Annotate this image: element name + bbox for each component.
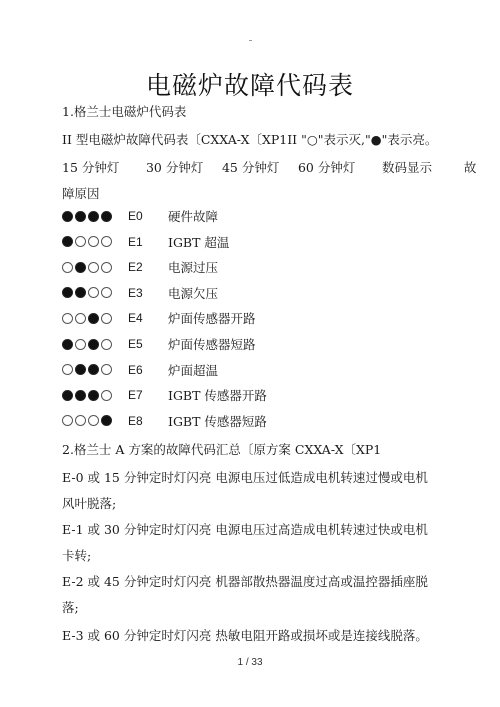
fault-code: E4 [128,311,168,325]
filled-circle-icon [75,262,86,273]
table-row: E4炉面传感器开路 [62,310,256,326]
filled-circle-icon [75,211,86,222]
filled-circle-icon [62,287,73,298]
filled-circle-icon [88,339,99,350]
table-row: E1IGBT 超温 [62,234,229,250]
hollow-circle-icon [101,364,112,375]
col-30min: 30 分钟灯 [146,160,218,176]
fault-code: E1 [128,235,168,249]
fault-description: 硬件故障 [168,207,218,225]
filled-circle-icon [75,364,86,375]
col-display: 数码显示 [382,160,460,176]
lamp-indicators [62,262,128,273]
hollow-circle-icon [62,415,73,426]
section2-line: E-0 或 15 分钟定时灯闪亮 电源电压过低造成电机转速过慢或电机 [62,470,428,486]
lamp-indicators [62,287,128,298]
hollow-circle-icon [101,390,112,401]
fault-description: 电源过压 [168,258,218,276]
col-cause: 故 [464,160,477,176]
table-row: E0硬件故障 [62,208,218,224]
lamp-indicators [62,415,128,426]
filled-circle-icon [75,390,86,401]
filled-circle-icon [88,211,99,222]
table-row: E3电源欠压 [62,285,218,301]
lamp-indicators [62,339,128,350]
filled-circle-icon [88,364,99,375]
hollow-circle-icon [101,339,112,350]
fault-description: IGBT 传感器开路 [168,386,267,404]
filled-circle-icon [88,390,99,401]
hollow-circle-icon [75,313,86,324]
section1-heading: 1.格兰士电磁炉代码表 [62,104,186,120]
filled-circle-icon [62,339,73,350]
filled-circle-icon [62,236,73,247]
hollow-circle-icon [88,262,99,273]
table-row: E8IGBT 传感器短路 [62,413,267,429]
lamp-indicators [62,313,128,324]
hollow-circle-icon [101,287,112,298]
lamp-indicators [62,390,128,401]
fault-description: 炉面传感器短路 [168,335,256,353]
lamp-indicators [62,211,128,222]
hollow-circle-icon [75,236,86,247]
hollow-circle-icon [101,236,112,247]
page-title: 电磁炉故障代码表 [0,66,500,102]
fault-code: E3 [128,286,168,300]
section1-subtitle: II 型电磁炉故障代码表〔CXXA-X〔XP1II "○"表示灭,"●"表示亮。 [62,132,437,148]
section2-line: 风叶脱落; [62,496,116,512]
fault-description: 电源欠压 [168,284,218,302]
fault-description: 炉面超温 [168,361,218,379]
hollow-circle-icon [88,236,99,247]
fault-code: E6 [128,363,168,377]
col-60min: 60 分钟灯 [298,160,378,176]
fault-code: E2 [128,260,168,274]
fault-code: E0 [128,209,168,223]
fault-description: 炉面传感器开路 [168,309,256,327]
fault-description: IGBT 传感器短路 [168,412,267,430]
page-number: 1 / 33 [0,657,500,668]
section2-line: E-1 或 30 分钟定时灯闪亮 电源电压过高造成电机转速过快或电机 [62,522,428,538]
hollow-circle-icon [75,415,86,426]
section2-heading: 2.格兰士 A 方案的故障代码汇总〔原方案 CXXA-X〔XP1 [62,442,381,458]
hollow-circle-icon [62,262,73,273]
filled-circle-icon [101,211,112,222]
section2-line: 卡转; [62,548,91,564]
filled-circle-icon [75,287,86,298]
filled-circle-icon [62,390,73,401]
hollow-circle-icon [88,415,99,426]
hollow-circle-icon [62,364,73,375]
column-header-wrap: 障原因 [62,186,100,202]
col-45min: 45 分钟灯 [222,160,294,176]
section2-line: E-3 或 60 分钟定时灯闪亮 热敏电阻开路或损坏或是连接线脱落。 [62,628,428,644]
section2-line: E-2 或 45 分钟定时灯闪亮 机器部散热器温度过高或温控器插座脱 [62,574,428,590]
lamp-indicators [62,236,128,247]
lamp-indicators [62,364,128,375]
page-mark [249,40,252,41]
col-15min: 15 分钟灯 [62,160,142,176]
table-row: E2电源过压 [62,259,218,275]
hollow-circle-icon [101,262,112,273]
column-headers: 15 分钟灯 30 分钟灯 45 分钟灯 60 分钟灯 数码显示 故 [62,160,476,176]
fault-code: E5 [128,337,168,351]
fault-code: E7 [128,388,168,402]
filled-circle-icon [101,415,112,426]
hollow-circle-icon [75,339,86,350]
hollow-circle-icon [88,287,99,298]
table-row: E6炉面超温 [62,362,218,378]
fault-code: E8 [128,414,168,428]
hollow-circle-icon [101,313,112,324]
fault-description: IGBT 超温 [168,233,229,251]
filled-circle-icon [88,313,99,324]
hollow-circle-icon [62,313,73,324]
filled-circle-icon [62,211,73,222]
section2-line: 落; [62,600,79,616]
table-row: E7IGBT 传感器开路 [62,387,267,403]
table-row: E5炉面传感器短路 [62,336,256,352]
